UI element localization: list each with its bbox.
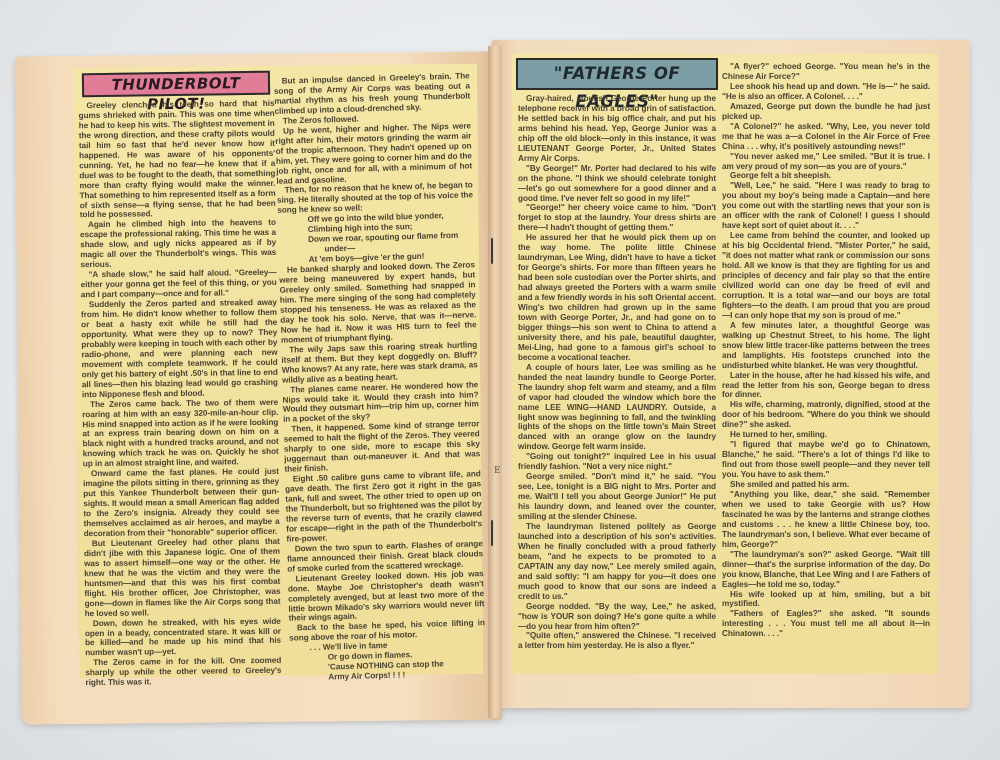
story-title-thunderbolt-pilot: THUNDERBOLT PILOT! (82, 71, 270, 98)
paragraph: Eight .50 calibre guns came to vibrant l… (285, 469, 483, 544)
paragraph: "By George!" Mr. Porter had declared to … (518, 164, 716, 204)
story-title-fathers-of-eagles: "FATHERS OF EAGLES" (516, 58, 718, 90)
paragraph: He banked sharply and looked down. The Z… (279, 260, 477, 345)
paragraph: "A flyer?" echoed George. "You mean he's… (722, 62, 930, 82)
paragraph: "George!" her cheery voice came to him. … (518, 203, 716, 233)
paragraph: Lee shook his head up and down. "He is—"… (722, 82, 930, 102)
paragraph: The planes came nearer. He wondered how … (282, 380, 479, 425)
paragraph: He assured her that he would pick them u… (518, 233, 716, 362)
paragraph: Later in the house, after he had kissed … (722, 371, 930, 401)
paragraph: "The laundryman's son?" asked George. "W… (722, 550, 930, 590)
staple-top (491, 238, 493, 264)
right-column-1: Gray-haired, stoutish George Porter hung… (518, 94, 716, 651)
paragraph: Then, it happened. Some kind of strange … (283, 420, 480, 475)
paragraph: "Anything you like, dear," she said. "Re… (722, 490, 930, 550)
paragraph: "Quite often," answered the Chinese. "I … (518, 631, 716, 651)
paragraph: Lee came from behind the counter, and lo… (722, 231, 930, 321)
paragraph: Amazed, George put down the bundle he ha… (722, 102, 930, 122)
paragraph: Again he climbed high into the heavens t… (80, 218, 277, 270)
paragraph: "Well, Lee," he said. "Here I was ready … (722, 181, 930, 231)
paragraph: But Lieutenant Greeley had other plans t… (84, 537, 281, 619)
paragraph: A couple of hours later, Lee was smiling… (518, 363, 716, 453)
book-spine (488, 46, 502, 718)
paragraph: Lieutenant Greeley looked down. His job … (287, 569, 484, 624)
paragraph: "A Colonel?" he asked. "Why, Lee, you ne… (722, 122, 930, 152)
paragraph: Down, down he streaked, with his eyes wi… (85, 616, 281, 658)
song-verse-1: Off we go into the wild blue yonder, Cli… (277, 211, 474, 266)
paragraph: George nodded. "By the way, Lee," he ask… (518, 602, 716, 632)
paragraph: Greeley clenched his teeth so hard that … (78, 99, 275, 221)
left-column-1: Greeley clenched his teeth so hard that … (78, 99, 281, 689)
paragraph: He turned to her, smiling. (722, 430, 930, 440)
paragraph: His wife looked up at him, smiling, but … (722, 590, 930, 610)
paragraph: George felt a bit sheepish. (722, 171, 930, 181)
left-column-2: But an impulse danced in Greeley's brain… (274, 71, 487, 683)
paragraph: "A shade slow," he said half aloud. "Gre… (80, 268, 276, 300)
paragraph: The Zeros came back. The two of them wer… (82, 397, 279, 469)
paragraph: The wily Japs saw this roaring streak hu… (281, 340, 478, 385)
paragraph: The Zeros came in for the kill. One zoom… (85, 656, 281, 688)
paragraph: Gray-haired, stoutish George Porter hung… (518, 94, 716, 164)
paragraph: "Fathers of Eagles?" she asked. "It soun… (722, 609, 930, 639)
paragraph: But an impulse danced in Greeley's brain… (274, 71, 471, 116)
paragraph: She smiled and patted his arm. (722, 480, 930, 490)
paragraph: Onward came the fast planes. He could ju… (83, 467, 280, 539)
paragraph: A few minutes later, a thoughtful George… (722, 321, 930, 371)
song-verse-2: . . . We'll live in fame Or go down in f… (289, 638, 486, 683)
spine-mark: E (494, 466, 501, 476)
paragraph: The laundryman listened politely as Geor… (518, 522, 716, 602)
staple-bottom (491, 520, 493, 546)
right-column-2: "A flyer?" echoed George. "You mean he's… (722, 62, 930, 639)
paragraph: Suddenly the Zeros parted and streaked a… (81, 298, 278, 400)
paragraph: George smiled. "Don't mind it," he said.… (518, 472, 716, 522)
paragraph: "You never asked me," Lee smiled. "But i… (722, 152, 930, 172)
paragraph: Up he went, higher and higher. The Nips … (275, 121, 473, 186)
paragraph: His wife, charming, matronly, dignified,… (722, 400, 930, 430)
paragraph: "I figured that maybe we'd go to Chinato… (722, 440, 930, 480)
paragraph: "Going out tonight?" inquired Lee in his… (518, 452, 716, 472)
